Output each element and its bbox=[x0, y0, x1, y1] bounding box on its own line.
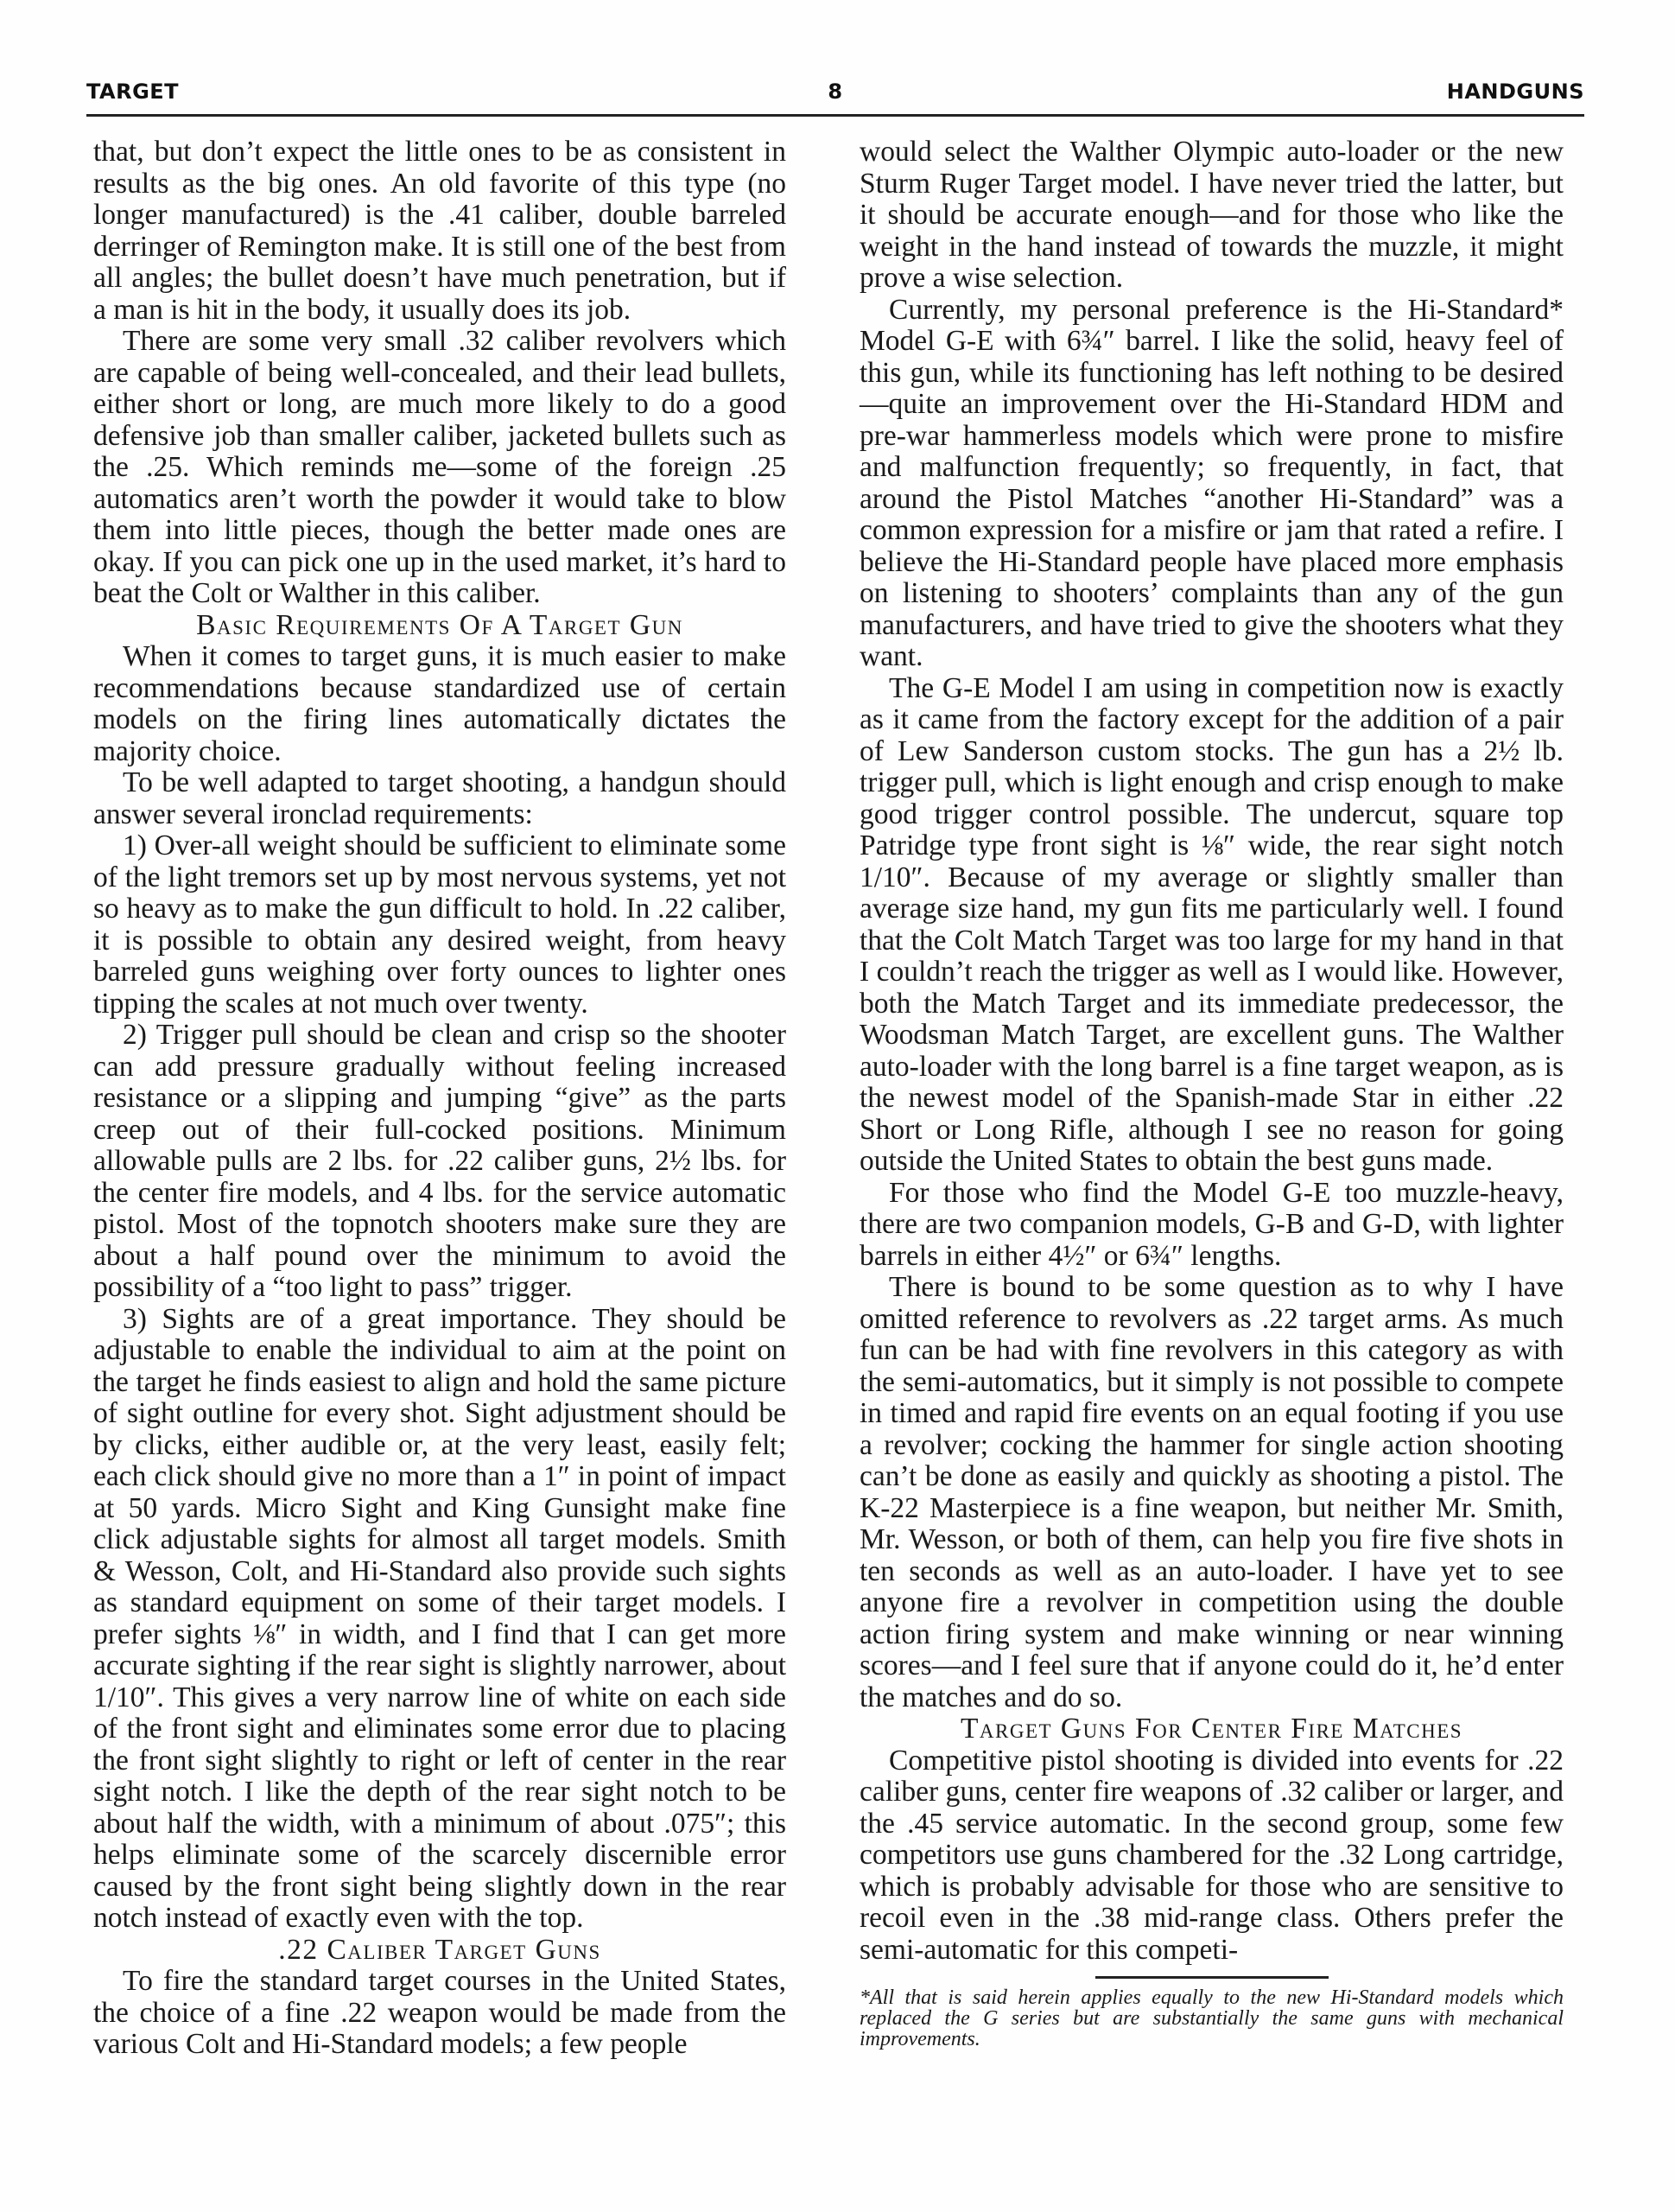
paragraph: that, but don’t expect the little ones t… bbox=[93, 137, 786, 326]
paragraph: would select the Walther Olympic auto-lo… bbox=[860, 137, 1564, 295]
right-column: would select the Walther Olympic auto-lo… bbox=[860, 137, 1564, 2050]
document-page: TARGET 8 HANDGUNS that, but don’t expect… bbox=[0, 0, 1675, 2212]
paragraph: For those who find the Model G-E too muz… bbox=[860, 1178, 1564, 1273]
header-chapter-title: HANDGUNS bbox=[1447, 79, 1584, 104]
left-column: that, but don’t expect the little ones t… bbox=[93, 137, 786, 2061]
paragraph: Currently, my personal preference is the… bbox=[860, 295, 1564, 673]
footnote-divider bbox=[1095, 1976, 1329, 1979]
header-section-title: TARGET bbox=[86, 79, 179, 104]
paragraph: Competitive pistol shooting is divided i… bbox=[860, 1745, 1564, 1967]
section-heading: .22 Caliber Target Guns bbox=[93, 1935, 786, 1967]
requirement-item: 3) Sights are of a great importance. The… bbox=[93, 1304, 786, 1935]
section-heading: Target Guns For Center Fire Matches bbox=[860, 1713, 1564, 1745]
requirement-item: 1) Over-all weight should be sufficient … bbox=[93, 830, 786, 1020]
header-divider bbox=[86, 114, 1584, 117]
footnote: *All that is said herein applies equally… bbox=[860, 1987, 1564, 2050]
paragraph: When it comes to target guns, it is much… bbox=[93, 641, 786, 767]
paragraph: To fire the standard target courses in t… bbox=[93, 1966, 786, 2061]
paragraph: The G-E Model I am using in competition … bbox=[860, 673, 1564, 1178]
paragraph: There are some very small .32 caliber re… bbox=[93, 326, 786, 610]
requirement-item: 2) Trigger pull should be clean and cris… bbox=[93, 1020, 786, 1304]
paragraph: To be well adapted to target shooting, a… bbox=[93, 767, 786, 830]
page-number: 8 bbox=[828, 79, 842, 104]
running-header: TARGET 8 HANDGUNS bbox=[86, 79, 1584, 114]
section-heading: Basic Requirements Of A Target Gun bbox=[93, 610, 786, 642]
paragraph: There is bound to be some question as to… bbox=[860, 1272, 1564, 1713]
